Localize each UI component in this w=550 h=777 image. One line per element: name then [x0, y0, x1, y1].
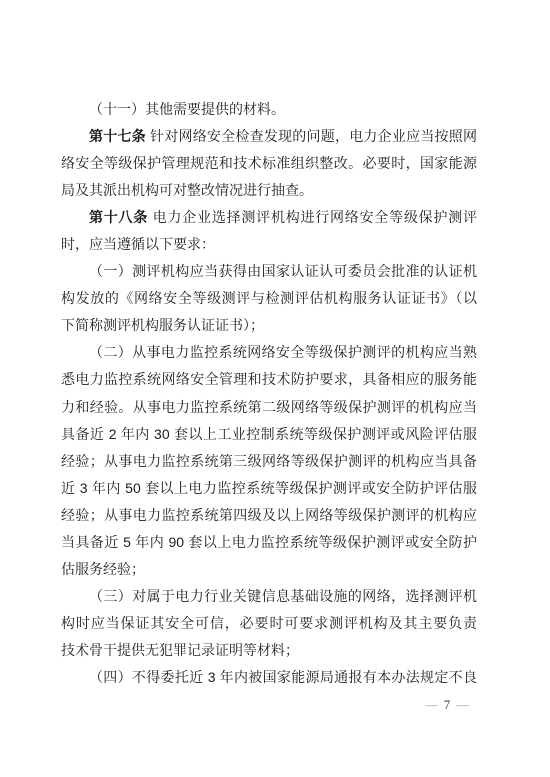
text-line: （十一）其他需要提供的材料。 — [61, 96, 477, 123]
text-line: 时，应当遵循以下要求： — [61, 231, 477, 258]
text-line: （四）不得委托近 3 年内被国家能源局通报有本办法规定不良 — [61, 664, 477, 691]
article-heading: 第十七条 — [89, 128, 146, 144]
page-number-value: 7 — [438, 698, 456, 712]
text-line: 力和经验。从事电力监控系统第二级网络等级保护测评的机构应当 — [61, 394, 477, 421]
text-line: （二）从事电力监控系统网络安全等级保护测评的机构应当熟 — [61, 339, 477, 366]
text-line: 具备近 2 年内 30 套以上工业控制系统等级保护测评或风险评估服务 — [61, 421, 477, 448]
page-number-dash-right: — — [456, 698, 469, 712]
text-line: 下简称测评机构服务认证证书）； — [61, 312, 477, 339]
text-line: （三）对属于电力行业关键信息基础设施的网络，选择测评机 — [61, 583, 477, 610]
document-page: （十一）其他需要提供的材料。第十七条 针对网络安全检查发现的问题，电力企业应当按… — [0, 0, 550, 777]
text-line: 技术骨干提供无犯罪记录证明等材料； — [61, 637, 477, 664]
page-number-dash-left: — — [425, 698, 438, 712]
text-line: 络安全等级保护管理规范和技术标准组织整改。必要时，国家能源 — [61, 150, 477, 177]
text-line: 估服务经验； — [61, 556, 477, 583]
text-line: 经验；从事电力监控系统第四级及以上网络等级保护测评的机构应 — [61, 502, 477, 529]
text-line: 局及其派出机构可对整改情况进行抽查。 — [61, 177, 477, 204]
page-number: —7— — [412, 697, 482, 713]
text-line: 第十七条 针对网络安全检查发现的问题，电力企业应当按照网 — [61, 123, 477, 150]
text-line: 悉电力监控系统网络安全管理和技术防护要求，具备相应的服务能 — [61, 366, 477, 393]
text-line: 当具备近 5 年内 90 套以上电力监控系统等级保护测评或安全防护评 — [61, 529, 477, 556]
text-line: 近 3 年内 50 套以上电力监控系统等级保护测评或安全防护评估服务 — [61, 475, 477, 502]
text-line: 第十八条 电力企业选择测评机构进行网络安全等级保护测评 — [61, 204, 477, 231]
article-heading: 第十八条 — [89, 209, 148, 225]
text-line: 构发放的《网络安全等级测评与检测评估机构服务认证证书》（以 — [61, 285, 477, 312]
document-body: （十一）其他需要提供的材料。第十七条 针对网络安全检查发现的问题，电力企业应当按… — [61, 96, 477, 691]
text-line: （一）测评机构应当获得由国家认证认可委员会批准的认证机 — [61, 258, 477, 285]
text-line: 构时应当保证其安全可信，必要时可要求测评机构及其主要负责人、 — [61, 610, 477, 637]
text-line: 经验；从事电力监控系统第三级网络等级保护测评的机构应当具备 — [61, 448, 477, 475]
